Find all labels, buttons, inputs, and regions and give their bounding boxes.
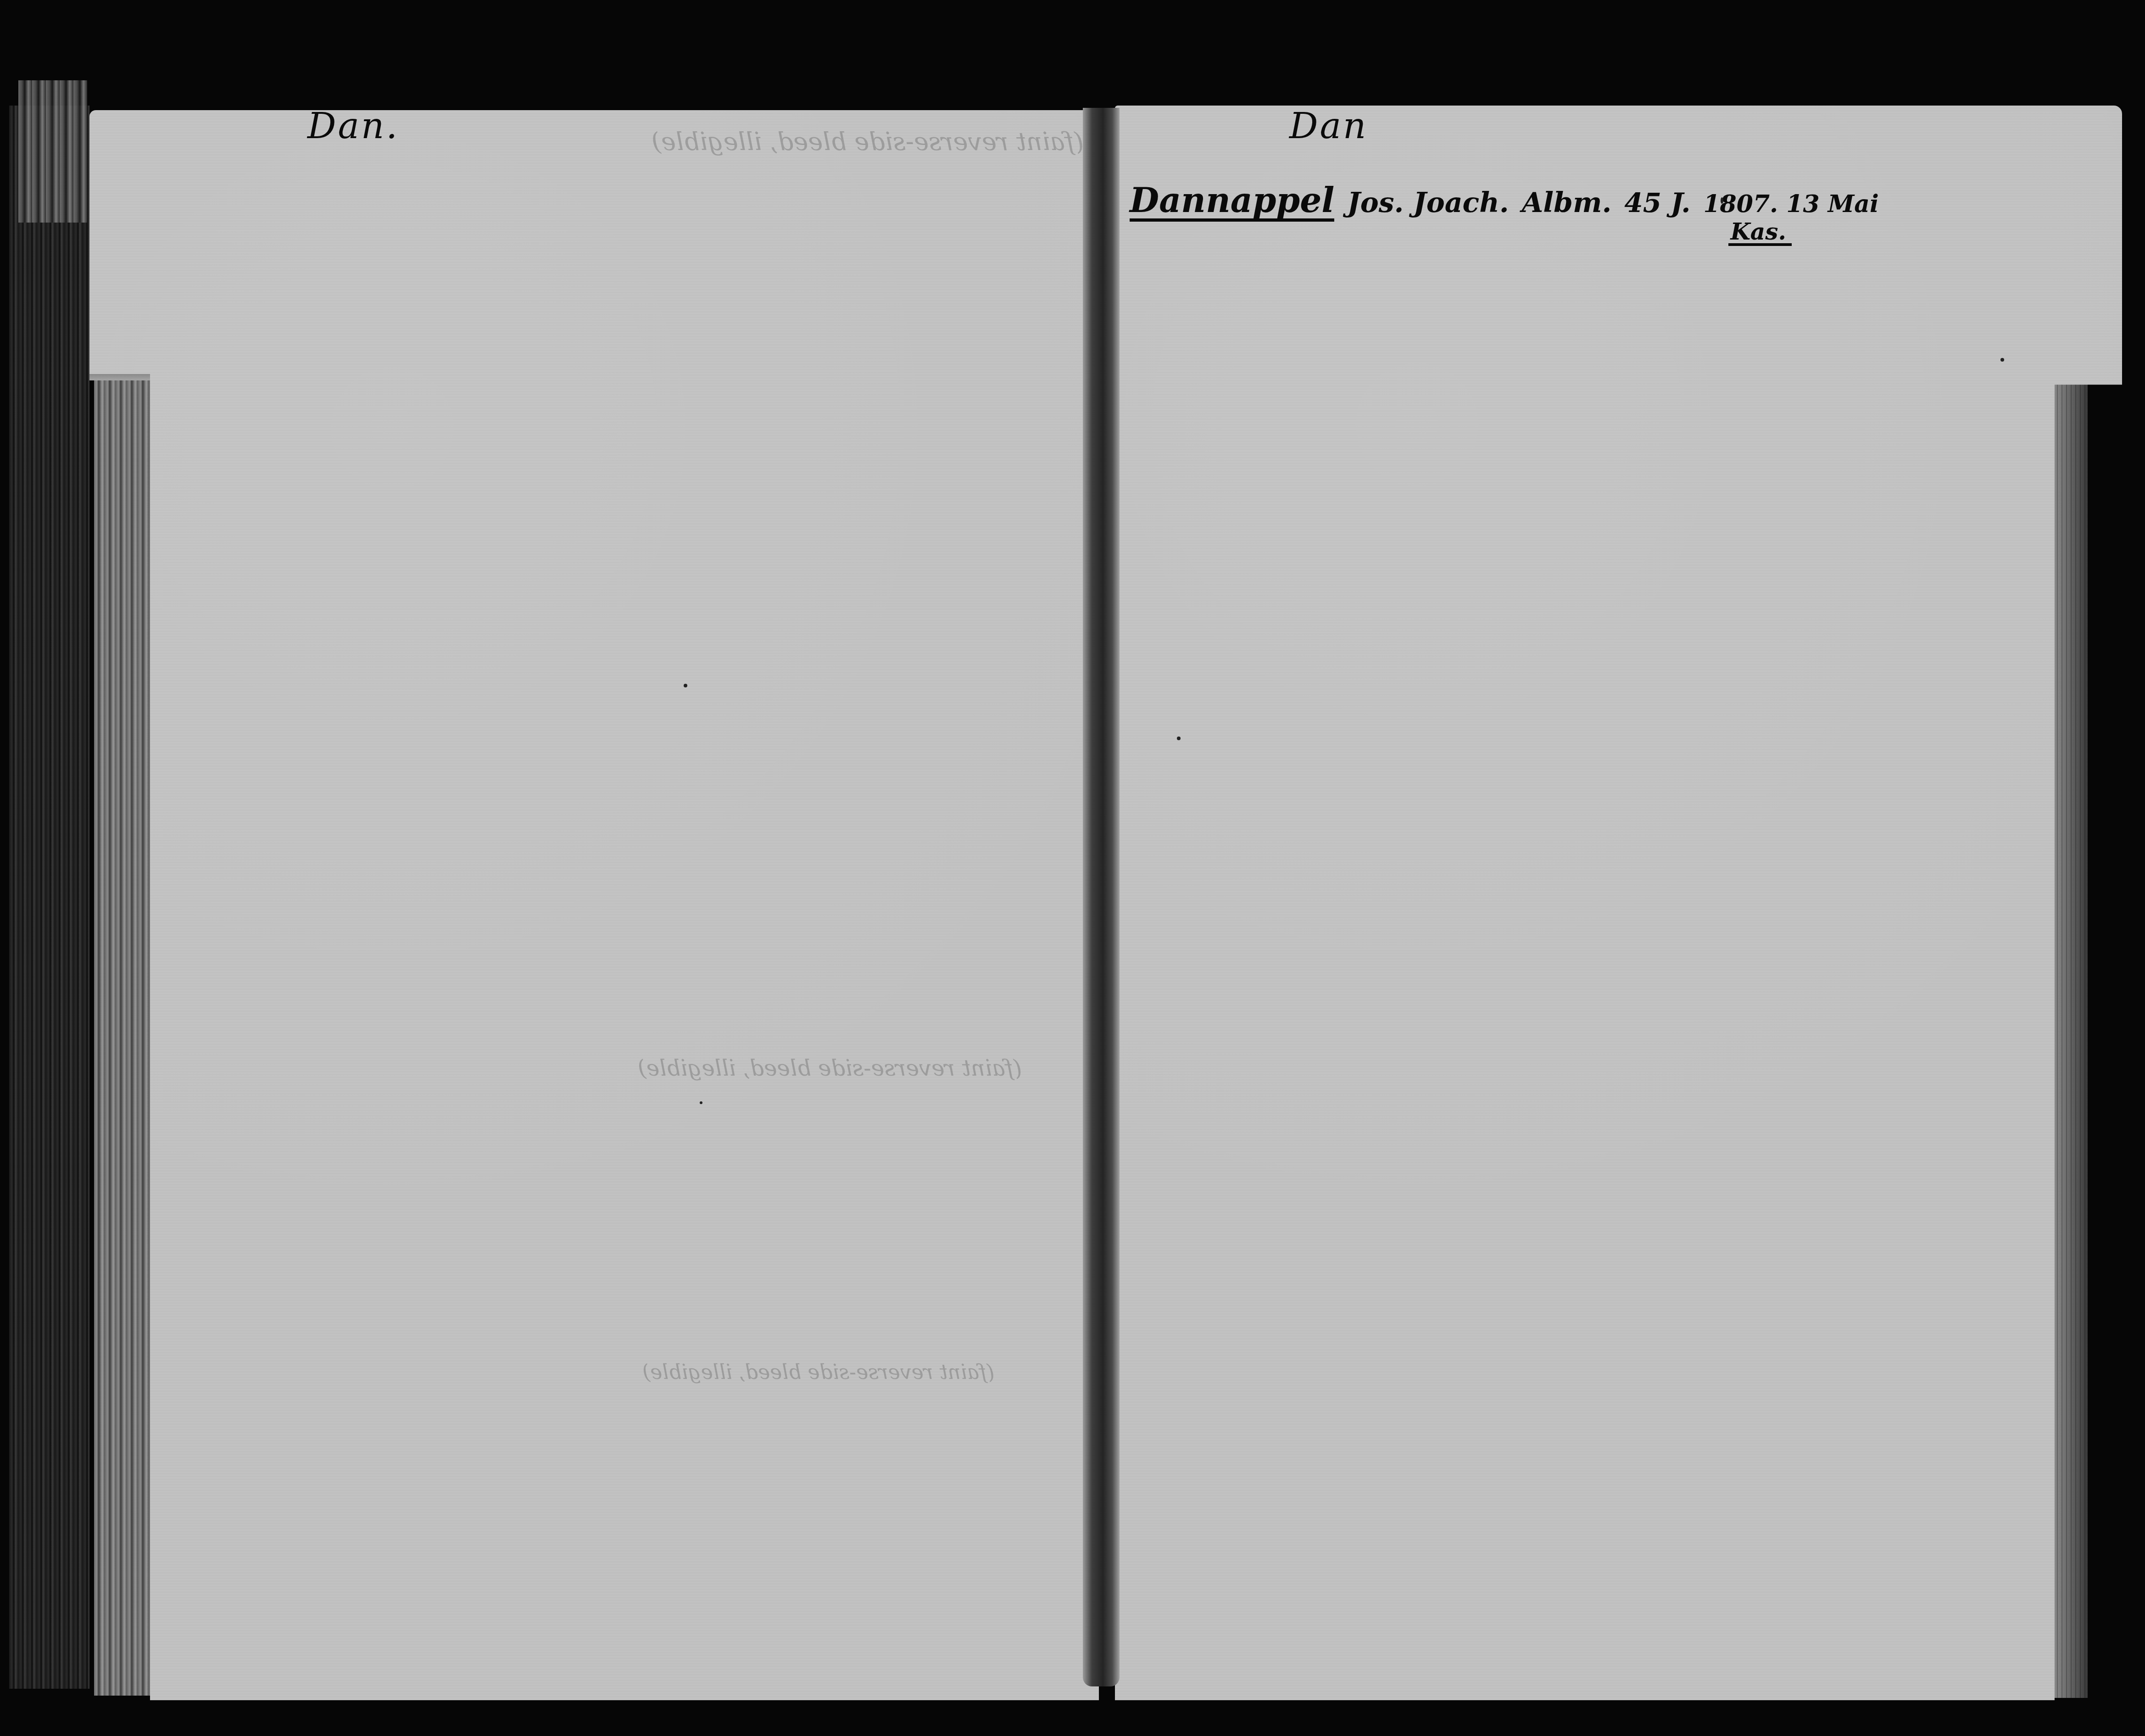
- paper-speck: [1177, 737, 1181, 740]
- show-through-text: (faint reverse-side bleed, illegible): [652, 124, 1084, 160]
- paper-speck: [1721, 197, 1723, 204]
- book-spine-edge: [9, 106, 89, 1689]
- entry-age: 45 J.: [1624, 187, 1690, 218]
- book-gutter: [1083, 108, 1120, 1686]
- show-through-line: (faint reverse-side bleed, illegible): [642, 1358, 995, 1387]
- right-page-header: Dan: [1289, 106, 1368, 147]
- entry-name-abbrev: Albm.: [1522, 187, 1612, 219]
- left-page: [89, 110, 1099, 1700]
- entry-date: 1807. 13 Mai: [1703, 190, 1878, 218]
- show-through-text: (faint reverse-side bleed, illegible): [642, 1358, 995, 1387]
- entry-place: Kas.: [1728, 220, 1791, 246]
- entry-surname: Dannappel: [1130, 184, 1334, 222]
- right-page: [1115, 106, 2122, 1700]
- paper-speck: [2000, 358, 2004, 362]
- show-through-line: (faint reverse-side bleed, illegible): [652, 124, 1084, 160]
- paper-speck: [684, 684, 687, 687]
- show-through-line: (faint reverse-side bleed, illegible): [638, 1055, 1022, 1081]
- show-through-text: (faint reverse-side bleed, illegible): [638, 1055, 1022, 1081]
- entry-given-names: Jos. Joach.: [1347, 187, 1509, 219]
- register-entry: Dannappel Jos. Joach. Albm. 45 J. 1807. …: [1130, 184, 1879, 222]
- entry-date-block: 1807. 13 Mai Kas.: [1703, 190, 1878, 218]
- paper-speck: [700, 1101, 702, 1104]
- left-page-header: Dan.: [307, 106, 399, 147]
- page-stack-top-left: [18, 80, 87, 223]
